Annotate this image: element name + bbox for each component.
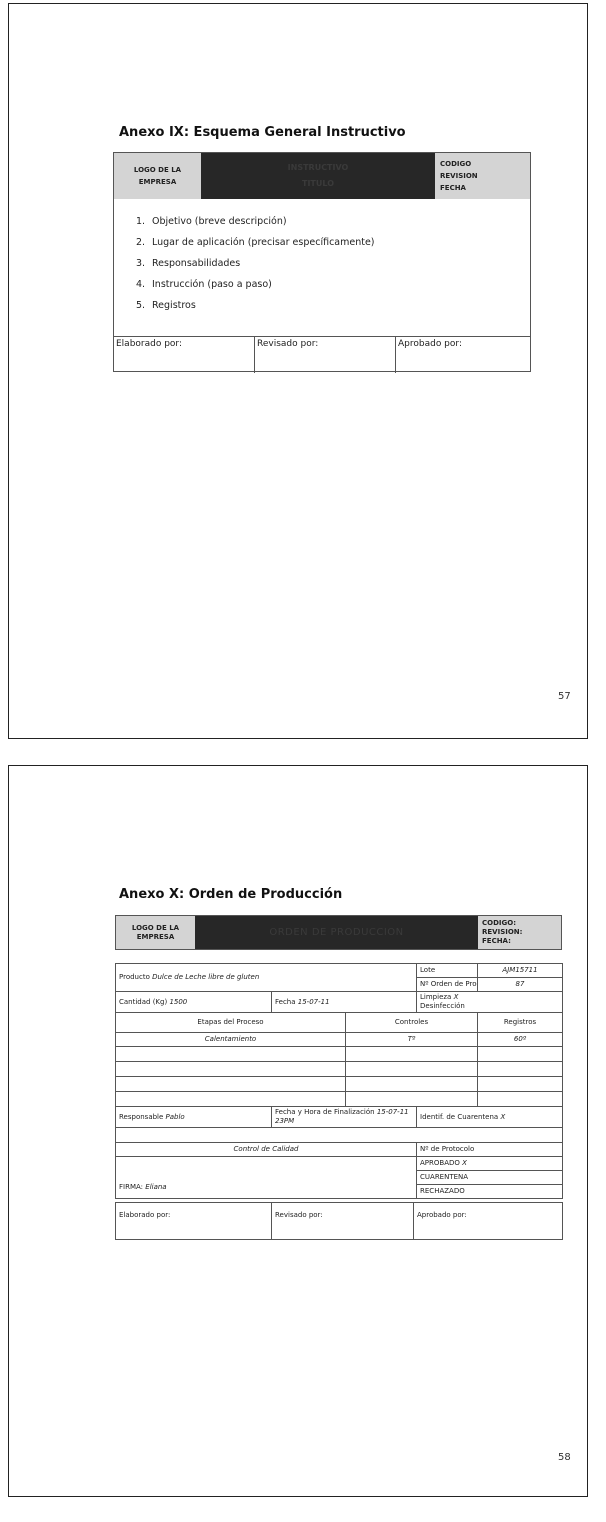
aprobado-por: Aprobado por:	[414, 1203, 563, 1240]
cantidad-label: Cantidad (Kg)	[119, 998, 167, 1006]
approval-footer: Elaborado por: Revisado por: Aprobado po…	[114, 336, 530, 373]
producto-cell: Producto Dulce de Leche libre de gluten	[116, 964, 417, 992]
annex-title: Anexo X: Orden de Producción	[119, 887, 342, 902]
aprobado-por: Aprobado por:	[396, 337, 530, 373]
etapa-cell: Calentamiento	[116, 1033, 346, 1047]
cantidad-cell: Cantidad (Kg) 1500	[116, 992, 272, 1013]
instructivo-label: INSTRUCTIVO	[288, 160, 349, 176]
fecha-cell: Fecha 15-07-11	[272, 992, 417, 1013]
control-cell	[346, 1062, 478, 1077]
instructivo-template-table: LOGO DE LA EMPRESA INSTRUCTIVO TITULO CO…	[113, 152, 531, 372]
producto-label: Producto	[119, 973, 150, 981]
desinfeccion-label: Desinfección	[420, 1002, 465, 1010]
control-calidad-header: Control de Calidad	[116, 1143, 417, 1157]
page-57: Anexo IX: Esquema General Instructivo LO…	[8, 3, 588, 739]
firma-value: Eliana	[145, 1183, 166, 1191]
list-item: 5.Registros	[152, 295, 530, 316]
list-item: 4.Instrucción (paso a paso)	[152, 274, 530, 295]
annex-title: Anexo IX: Esquema General Instructivo	[119, 125, 406, 140]
item-text: Responsabilidades	[152, 258, 240, 269]
control-cell	[346, 1077, 478, 1092]
firma-cell: FIRMA: Eliana	[116, 1157, 417, 1199]
item-number: 5.	[136, 295, 145, 316]
etapa-cell	[116, 1062, 346, 1077]
col-header-etapas: Etapas del Proceso	[116, 1013, 346, 1033]
aprobado-mark: X	[462, 1159, 467, 1167]
limpieza-label: Limpieza	[420, 993, 451, 1001]
revisado-por: Revisado por:	[272, 1203, 414, 1240]
firma-label: FIRMA:	[119, 1183, 143, 1191]
limpieza-value: X	[454, 993, 459, 1001]
responsable-label: Responsable	[119, 1113, 163, 1121]
page-number: 57	[558, 691, 571, 702]
document-control-block: CODIGO REVISION FECHA	[435, 153, 530, 199]
item-text: Instrucción (paso a paso)	[152, 279, 272, 290]
finalizacion-label: Fecha y Hora de Finalización	[275, 1108, 375, 1116]
spacer-row	[116, 1128, 563, 1143]
limpieza-cell: Limpieza X Desinfección	[417, 992, 563, 1013]
codigo-label: CODIGO:	[482, 919, 516, 928]
template-header: LOGO DE LA EMPRESA ORDEN DE PRODUCCION C…	[115, 915, 562, 950]
control-cell: Tº	[346, 1033, 478, 1047]
control-cell	[346, 1047, 478, 1062]
item-text: Lugar de aplicación (precisar específica…	[152, 237, 375, 248]
item-number: 1.	[136, 211, 145, 232]
company-logo-placeholder: LOGO DE LA EMPRESA	[114, 153, 201, 199]
page-number: 58	[558, 1452, 571, 1463]
producto-value: Dulce de Leche libre de gluten	[152, 973, 259, 981]
company-logo-placeholder: LOGO DE LA EMPRESA	[116, 916, 195, 949]
cuarentena-option: CUARENTENA	[417, 1171, 563, 1185]
responsable-value: Pablo	[166, 1113, 185, 1121]
list-item: 1.Objetivo (breve descripción)	[152, 211, 530, 232]
fecha-label: FECHA:	[482, 937, 511, 946]
col-header-registros: Registros	[478, 1013, 563, 1033]
document-title-block: INSTRUCTIVO TITULO	[201, 153, 435, 199]
cuarentena-id-label: Identif. de Cuarentena	[420, 1113, 498, 1121]
registro-cell	[478, 1092, 563, 1107]
revisado-por: Revisado por:	[255, 337, 396, 373]
registro-cell	[478, 1047, 563, 1062]
elaborado-por: Elaborado por:	[114, 337, 255, 373]
table-row: Calentamiento Tº 60º	[116, 1033, 563, 1047]
revision-label: REVISION	[440, 170, 478, 182]
item-number: 2.	[136, 232, 145, 253]
registro-cell	[478, 1062, 563, 1077]
item-number: 4.	[136, 274, 145, 295]
table-row	[116, 1047, 563, 1062]
instructivo-sections-list: 1.Objetivo (breve descripción) 2.Lugar d…	[114, 211, 530, 316]
page-58: Anexo X: Orden de Producción LOGO DE LA …	[8, 765, 588, 1497]
table-row	[116, 1062, 563, 1077]
production-order-form: Producto Dulce de Leche libre de gluten …	[115, 963, 563, 1199]
cuarentena-id-value: X	[500, 1113, 505, 1121]
aprobado-option: APROBADO X	[417, 1157, 563, 1171]
item-text: Registros	[152, 300, 196, 311]
finalizacion-date: 15-07-11	[377, 1108, 409, 1116]
rechazado-option: RECHAZADO	[417, 1185, 563, 1199]
logo-line-2: EMPRESA	[139, 176, 177, 188]
logo-line-1: LOGO DE LA	[134, 164, 181, 176]
orden-label: Nº Orden de Producción	[417, 978, 478, 992]
revision-label: REVISION:	[482, 928, 522, 937]
etapa-cell	[116, 1047, 346, 1062]
registro-cell	[478, 1077, 563, 1092]
etapa-cell	[116, 1092, 346, 1107]
orden-value: 87	[478, 978, 563, 992]
finalizacion-time: 23PM	[275, 1117, 294, 1125]
approval-footer: Elaborado por: Revisado por: Aprobado po…	[115, 1202, 563, 1240]
fecha-label: FECHA	[440, 182, 466, 194]
document-control-block: CODIGO: REVISION: FECHA:	[478, 916, 561, 949]
etapa-cell	[116, 1077, 346, 1092]
template-header: LOGO DE LA EMPRESA INSTRUCTIVO TITULO CO…	[114, 153, 530, 199]
list-item: 3.Responsabilidades	[152, 253, 530, 274]
lote-value: AJM15711	[478, 964, 563, 978]
codigo-label: CODIGO	[440, 158, 471, 170]
control-cell	[346, 1092, 478, 1107]
responsable-cell: Responsable Pablo	[116, 1107, 272, 1128]
cuarentena-id-cell: Identif. de Cuarentena X	[417, 1107, 563, 1128]
elaborado-por: Elaborado por:	[116, 1203, 272, 1240]
list-item: 2.Lugar de aplicación (precisar específi…	[152, 232, 530, 253]
registro-cell: 60º	[478, 1033, 563, 1047]
lote-label: Lote	[417, 964, 478, 978]
logo-line-1: LOGO DE LA	[132, 924, 179, 933]
finalizacion-cell: Fecha y Hora de Finalización 15-07-11 23…	[272, 1107, 417, 1128]
item-number: 3.	[136, 253, 145, 274]
protocolo-label: Nº de Protocolo	[417, 1143, 563, 1157]
titulo-label: TITULO	[302, 176, 334, 192]
fecha-value: 15-07-11	[298, 998, 330, 1006]
table-row	[116, 1077, 563, 1092]
item-text: Objetivo (breve descripción)	[152, 216, 287, 227]
document-title-block: ORDEN DE PRODUCCION	[195, 916, 478, 949]
fecha-label: Fecha	[275, 998, 296, 1006]
aprobado-label: APROBADO	[420, 1159, 460, 1167]
logo-line-2: EMPRESA	[137, 933, 175, 942]
cantidad-value: 1500	[169, 998, 187, 1006]
col-header-controles: Controles	[346, 1013, 478, 1033]
table-row	[116, 1092, 563, 1107]
